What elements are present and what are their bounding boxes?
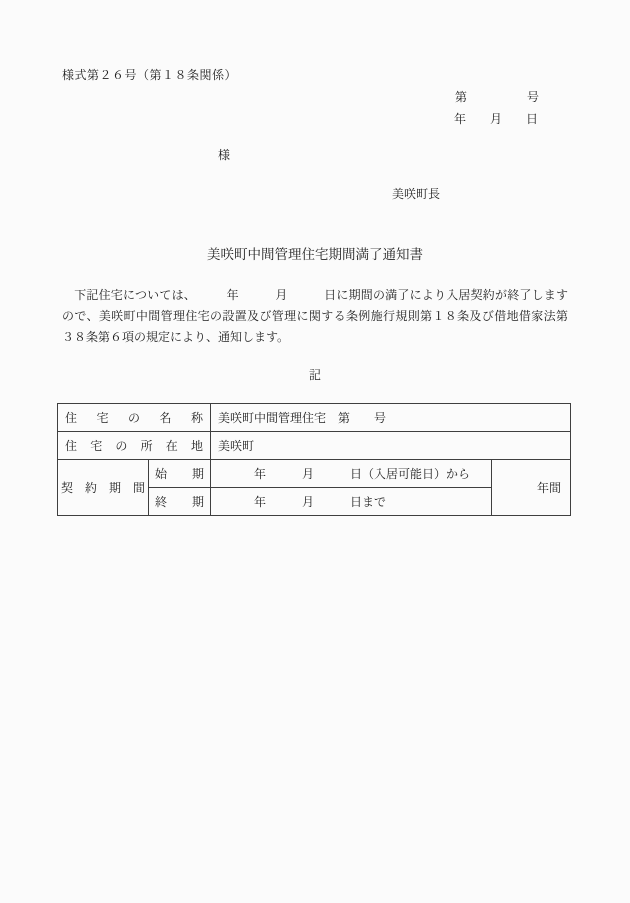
issue-date-line: 年 月 日 <box>454 110 538 127</box>
body-line-1: 下記住宅については、 年 月 日に期間の満了により入居契約が終了します <box>62 285 568 306</box>
document-page: 様式第２６号（第１８条関係） 第 号 年 月 日 様 美咲町長 美咲町中間管理住… <box>0 0 630 903</box>
housing-name-label: 住 宅 の 名 称 <box>58 404 211 432</box>
table-row-housing-location: 住 宅 の 所 在 地 美咲町 <box>58 432 571 460</box>
sender-name: 美咲町長 <box>392 185 440 202</box>
form-number: 様式第２６号（第１８条関係） <box>62 66 237 83</box>
table-row-housing-name: 住 宅 の 名 称 美咲町中間管理住宅 第 号 <box>58 404 571 432</box>
addressee-honorific: 様 <box>218 146 230 163</box>
period-duration: 年間 <box>492 460 571 516</box>
housing-details-table: 住 宅 の 名 称 美咲町中間管理住宅 第 号 住 宅 の 所 在 地 美咲町 … <box>57 403 571 516</box>
doc-number-line: 第 号 <box>455 88 539 105</box>
contract-period-label: 契 約 期 間 <box>58 460 149 516</box>
period-end-label: 終 期 <box>149 488 211 516</box>
body-paragraph: 下記住宅については、 年 月 日に期間の満了により入居契約が終了します ので、美… <box>62 285 568 348</box>
housing-location-label: 住 宅 の 所 在 地 <box>58 432 211 460</box>
table-row-period-start: 契 約 期 間 始 期 年 月 日（入居可能日）から 年間 <box>58 460 571 488</box>
period-start-label: 始 期 <box>149 460 211 488</box>
document-title: 美咲町中間管理住宅期間満了通知書 <box>0 243 630 263</box>
record-marker: 記 <box>0 366 630 383</box>
housing-name-value: 美咲町中間管理住宅 第 号 <box>211 404 571 432</box>
period-start-value: 年 月 日（入居可能日）から <box>211 460 492 488</box>
body-line-2: ので、美咲町中間管理住宅の設置及び管理に関する条例施行規則第１８条及び借地借家法… <box>62 306 568 327</box>
body-line-3: ３８条第６項の規定により、通知します。 <box>62 327 568 348</box>
housing-location-value: 美咲町 <box>211 432 571 460</box>
period-end-value: 年 月 日まで <box>211 488 492 516</box>
